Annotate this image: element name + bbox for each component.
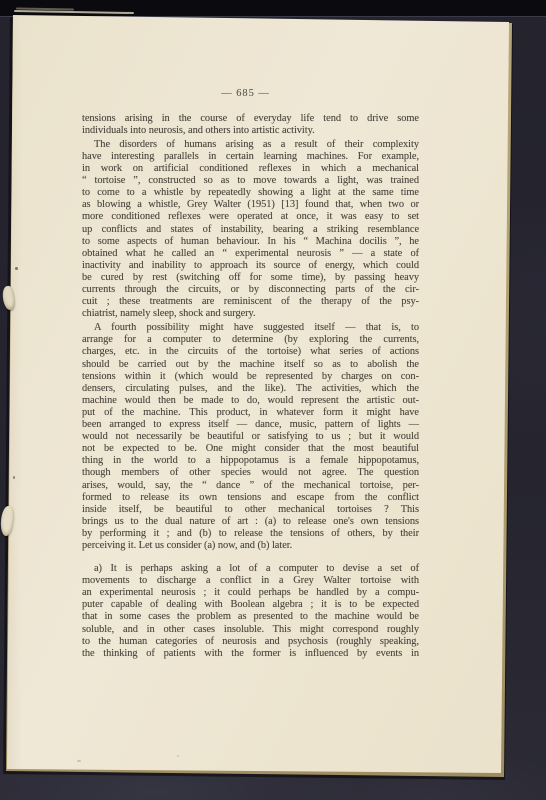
text-line: brings us to the dual nature of art : (a… (82, 516, 419, 528)
text-line: individuals into neurosis, and others in… (82, 125, 419, 137)
paper-speck (77, 760, 81, 762)
text-line: as blowing a whistle, Grey Walter (1951)… (82, 199, 419, 211)
text-line: currents through the circuits, or by dis… (82, 284, 419, 296)
body-text: tensions arising in the course of everyd… (82, 113, 419, 660)
text-line: charges, etc. in the circuits of the tor… (82, 346, 419, 358)
page-number: — 685 — (77, 88, 414, 100)
scanned-book-photo: — 685 — tensions arising in the course o… (0, 0, 546, 800)
text-line: by performing it ; and (b) to release th… (82, 528, 419, 540)
background-top-band (0, 0, 546, 17)
text-line: inactivity and inability to approach its… (82, 260, 419, 272)
text-line: a) It is perhaps asking a lot of a compu… (82, 563, 419, 575)
text-line: soluble, and in other cases insoluble. T… (82, 624, 419, 636)
text-line: formed to release its own tensions and e… (82, 492, 419, 504)
text-line: “ tortoise ”, constructed so as to move … (82, 175, 419, 187)
paper-speck (15, 267, 18, 270)
text-line: up conflicts and states of instability, … (82, 224, 419, 236)
text-line: movements to discharge a conflict in a G… (82, 575, 419, 587)
text-line: tensions within it (which would be repre… (82, 371, 419, 383)
text-line: not be expected to be. One might conside… (82, 443, 419, 455)
text-line: arrange for a computer to determine (by … (82, 334, 419, 346)
paragraph: A fourth possibility might have suggeste… (82, 322, 419, 552)
paragraph: tensions arising in the course of everyd… (82, 113, 419, 137)
text-line: be cured by rest (switching off for some… (82, 272, 419, 284)
paragraph: a) It is perhaps asking a lot of a compu… (82, 563, 419, 660)
text-line: to the human categories of neurosis and … (82, 636, 419, 648)
text-line: should be carried out by the machine its… (82, 359, 419, 371)
text-line: to come to a whistle by repeatedly showi… (82, 187, 419, 199)
text-line: more conditioned reflexes were operated … (82, 211, 419, 223)
text-line: that in some cases the problem as presen… (82, 611, 419, 623)
text-line: The disorders of humans arising as a res… (82, 139, 419, 151)
text-line: the thinking of patients with the former… (82, 648, 419, 660)
text-line: densers, circulating pulses, and the lik… (82, 383, 419, 395)
text-line: inside itself, be beautiful to other mec… (82, 504, 419, 516)
text-line: tensions arising in the course of everyd… (82, 113, 419, 125)
text-line: put of the machine. This product, in wha… (82, 407, 419, 419)
text-line: in work on artificial conditioned reflex… (82, 163, 419, 175)
text-line: been arranged to express itself — dance,… (82, 419, 419, 431)
text-line: arises, would, say, the “ dance ” of the… (82, 480, 419, 492)
text-line: though members of other species would no… (82, 467, 419, 479)
paper-speck (177, 755, 179, 757)
text-line: have interesting parallels in certain le… (82, 151, 419, 163)
text-line: an experimental neurosis ; it could perh… (82, 587, 419, 599)
page-content: — 685 — tensions arising in the course o… (82, 88, 419, 660)
text-line: perceiving it. Let us consider (a) now, … (82, 540, 419, 552)
paragraph: The disorders of humans arising as a res… (82, 139, 419, 320)
text-line: A fourth possibility might have suggeste… (82, 322, 419, 334)
text-line: puter capable of dealing with Boolean al… (82, 599, 419, 611)
paper-speck (13, 476, 15, 479)
text-line: thing in the world to a hippopotamus is … (82, 455, 419, 467)
text-line: to some aspects of human behaviour. In h… (82, 236, 419, 248)
text-line: machine would then be made to do, would … (82, 395, 419, 407)
text-line: chiatrist, namely sleep, shock and surge… (82, 308, 419, 320)
text-line: obtained what he called an “ experimenta… (82, 248, 419, 260)
text-line: would not necessarily be beautiful or sa… (82, 431, 419, 443)
text-line: cuit ; these treatments are reminiscent … (82, 296, 419, 308)
